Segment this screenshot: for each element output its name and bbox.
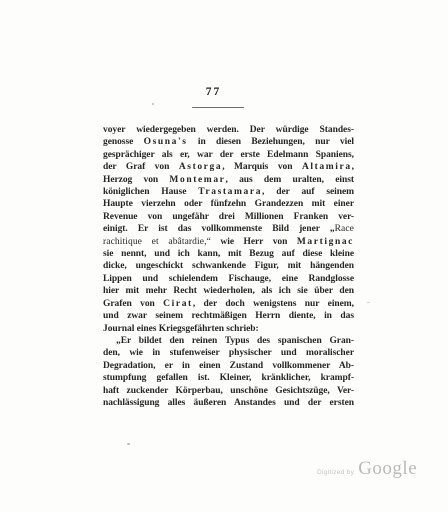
text-line: nachlässigung alles äußeren Anstandes un… <box>103 397 354 409</box>
page-number: 77 <box>0 86 427 98</box>
text-segment: , der auf seinem <box>262 187 354 197</box>
text-line: stumpfung gefallen ist. Kleiner, kränkli… <box>103 372 354 384</box>
text-line: einigt. Er ist das vollkommenste Bild je… <box>103 223 354 235</box>
text-segment-spaced: Osuna's <box>144 137 188 147</box>
text-segment: Herzog von <box>103 175 169 185</box>
text-line: Haupte vierzehn oder fünfzehn Grandezzen… <box>103 198 354 210</box>
text-segment: königlichen Hause <box>103 187 198 197</box>
text-line: dicke, ungeschickt schwankende Figur, mi… <box>103 260 354 272</box>
text-segment: der Graf von <box>103 162 179 172</box>
text-line: hier mit mehr Recht wiederholen, als ich… <box>103 285 354 297</box>
text-segment-spaced: Astorga <box>179 162 222 172</box>
text-segment: Revenue von ungefähr drei Millionen Fran… <box>103 212 354 222</box>
text-segment: hier mit mehr Recht wiederholen, als ich… <box>103 286 354 296</box>
text-segment: voyer wiedergegeben werden. Der würdige … <box>103 125 354 135</box>
text-line: haft zuckender Körperbau, unschöne Gesic… <box>103 385 354 397</box>
scan-speck <box>152 103 154 105</box>
text-segment: dicke, ungeschickt schwankende Figur, mi… <box>103 261 354 271</box>
scan-speck <box>367 302 370 303</box>
text-segment-antiqua: Race <box>335 224 354 234</box>
text-segment: wie Herr von <box>211 237 297 247</box>
text-line: Journal eines Kriegsgefährten schrieb: <box>103 323 354 335</box>
book-page-scan: 77 voyer wiedergegeben werden. Der würdi… <box>0 0 448 512</box>
text-segment-spaced: Altamira <box>302 162 352 172</box>
text-line: Degradation, er in einen Zustand vollkom… <box>103 360 354 372</box>
text-line: voyer wiedergegeben werden. Der würdige … <box>103 124 354 136</box>
text-segment: genosse <box>103 137 144 147</box>
text-segment: Journal eines Kriegsgefährten schrieb: <box>103 324 259 334</box>
text-segment: einigt. Er ist das vollkommenste Bild je… <box>103 224 335 234</box>
text-segment: Grafen von <box>103 299 163 309</box>
google-watermark: Digitized by Google <box>317 458 417 480</box>
text-line: gesprächiger als er, war der erste Edelm… <box>103 149 354 161</box>
text-segment-spaced: Cirat <box>163 299 193 309</box>
text-line: und zwar seinem rechtmäßigen Herrn dient… <box>103 310 354 322</box>
text-segment: haft zuckender Körperbau, unschöne Gesic… <box>103 386 354 396</box>
text-line: Herzog von Montemar, aus dem uralten, ei… <box>103 174 354 186</box>
text-segment: und zwar seinem rechtmäßigen Herrn dient… <box>103 311 354 321</box>
text-segment: , <box>352 162 354 172</box>
text-segment-spaced: Montemar <box>169 175 225 185</box>
text-line: sie nennt, und ich kann, mit Bezug auf d… <box>103 248 354 260</box>
text-segment: gesprächiger als er, war der erste Edelm… <box>103 150 354 160</box>
text-segment: den, wie in stufenweiser physischer und … <box>103 348 354 358</box>
text-segment: stumpfung gefallen ist. Kleiner, kränkli… <box>103 373 354 383</box>
text-segment: , der doch wenigstens nur einem, <box>193 299 354 309</box>
text-segment: Lippen und schielendem Fischauge, eine R… <box>103 274 354 284</box>
text-segment: „Er bildet den reinen Typus des spanisch… <box>116 336 354 346</box>
body-text: voyer wiedergegeben werden. Der würdige … <box>103 124 354 409</box>
text-segment: sie nennt, und ich kann, mit Bezug auf d… <box>103 249 354 259</box>
text-line: genosse Osuna's in diesen Beziehungen, n… <box>103 136 354 148</box>
text-segment: nachlässigung alles äußeren Anstandes un… <box>103 398 354 408</box>
text-line: „Er bildet den reinen Typus des spanisch… <box>103 335 354 347</box>
text-line: Revenue von ungefähr drei Millionen Fran… <box>103 211 354 223</box>
page-number-rule <box>192 107 244 108</box>
text-line: Grafen von Cirat, der doch wenigstens nu… <box>103 298 354 310</box>
text-segment: , aus dem uralten, einst <box>225 175 354 185</box>
text-segment-antiqua: rachitique et abâtardie,“ <box>103 237 211 247</box>
text-line: der Graf von Astorga, Marquis von Altami… <box>103 161 354 173</box>
text-segment: in diesen Beziehungen, nur viel <box>188 137 354 147</box>
text-line: königlichen Hause Trastamara, der auf se… <box>103 186 354 198</box>
text-segment: Haupte vierzehn oder fünfzehn Grandezzen… <box>103 199 354 209</box>
text-line: Lippen und schielendem Fischauge, eine R… <box>103 273 354 285</box>
text-segment: Degradation, er in einen Zustand vollkom… <box>103 361 354 371</box>
text-segment: , Marquis von <box>222 162 302 172</box>
text-segment-spaced: Martignac <box>297 237 354 247</box>
text-segment-spaced: Trastamara <box>198 187 262 197</box>
digitized-by-label: Digitized by <box>317 469 354 476</box>
text-line: den, wie in stufenweiser physischer und … <box>103 347 354 359</box>
text-line: rachitique et abâtardie,“ wie Herr von M… <box>103 236 354 248</box>
scan-speck <box>127 443 130 445</box>
google-logo: Google <box>358 458 417 480</box>
